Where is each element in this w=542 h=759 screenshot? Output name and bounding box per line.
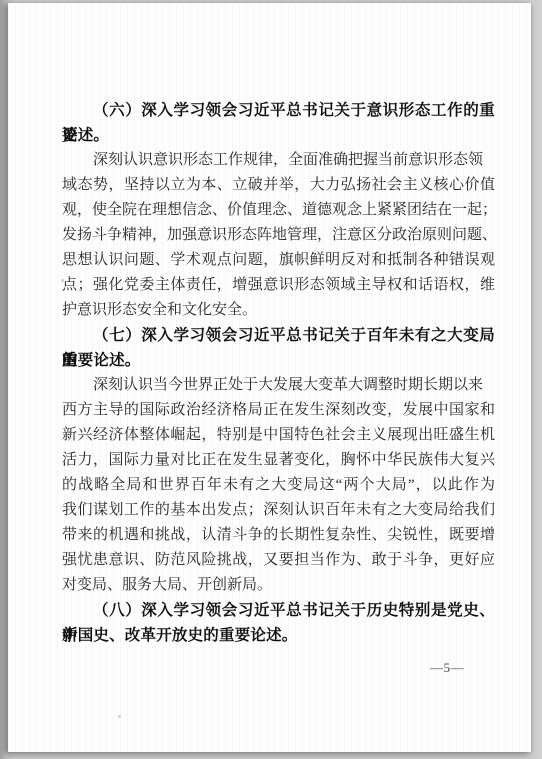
section-7-body-line: 带来的机遇和挑战，认清斗争的长期性复杂性、尖锐性，既要增 (62, 523, 495, 548)
document-viewer-background: （六）深入学习领会习近平总书记关于意识形态工作的重要 论述。 深刻认识意识形态工… (0, 0, 542, 759)
section-7-body-line: 深刻认识当今世界正处于大发展大变革大调整时期长期以来 (62, 373, 495, 398)
section-7-body-line: 西方主导的国际政治经济格局正在发生深刻改变，发展中国家和 (62, 398, 495, 423)
section-6-body-line: 观，使全院在理想信念、价值理念、道德观念上紧紧团结在一起； (62, 198, 495, 223)
page-number: —5— (430, 660, 464, 676)
section-7-body-line: 我们谋划工作的基本出发点；深刻认识百年未有之大变局给我们 (62, 498, 495, 523)
section-7-body-line: 对变局、服务大局、开创新局。 (62, 573, 495, 598)
section-6-body-line: 发扬斗争精神，加强意识形态阵地管理，注意区分政治原则问题、 (62, 223, 495, 248)
section-6-body-line: 深刻认识意识形态工作规律，全面准确把握当前意识形态领 (62, 148, 495, 173)
section-6-heading-line-2: 论述。 (62, 123, 495, 148)
section-7-heading-line-2: 重要论述。 (62, 348, 495, 373)
section-6-body-line: 护意识形态安全和文化安全。 (62, 298, 495, 323)
section-7-body-line: 强忧患意识、防范风险挑战，又要担当作为、敢于斗争，更好应 (62, 548, 495, 573)
section-6-body-line: 思想认识问题、学术观点问题，旗帜鲜明反对和抵制各种错误观 (62, 248, 495, 273)
section-7-body-line: 的战略全局和世界百年未有之大变局这“两个大局”，以此作为 (62, 473, 495, 498)
section-8-heading-line-2: 中国史、改革开放史的重要论述。 (62, 623, 495, 648)
document-page: （六）深入学习领会习近平总书记关于意识形态工作的重要 论述。 深刻认识意识形态工… (8, 3, 531, 752)
section-6-body-line: 域态势，坚持以立为本、立破并举，大力弘扬社会主义核心价值 (62, 173, 495, 198)
section-8-heading-line-1: （八）深入学习领会习近平总书记关于历史特别是党史、新 (62, 598, 495, 623)
scan-speck (61, 279, 64, 282)
section-7-body-line: 新兴经济体整体崛起，特别是中国特色社会主义展现出旺盛生机 (62, 423, 495, 448)
section-7-body-line: 活力，国际力量对比正在发生显著变化，胸怀中华民族伟大复兴 (62, 448, 495, 473)
section-6-heading-line-1: （六）深入学习领会习近平总书记关于意识形态工作的重要 (62, 98, 495, 123)
section-7-heading-line-1: （七）深入学习领会习近平总书记关于百年未有之大变局的 (62, 323, 495, 348)
page-text-content: （六）深入学习领会习近平总书记关于意识形态工作的重要 论述。 深刻认识意识形态工… (62, 98, 495, 648)
section-6-body-line: 点；强化党委主体责任，增强意识形态领域主导权和话语权，维 (62, 273, 495, 298)
scan-speck (118, 715, 121, 718)
